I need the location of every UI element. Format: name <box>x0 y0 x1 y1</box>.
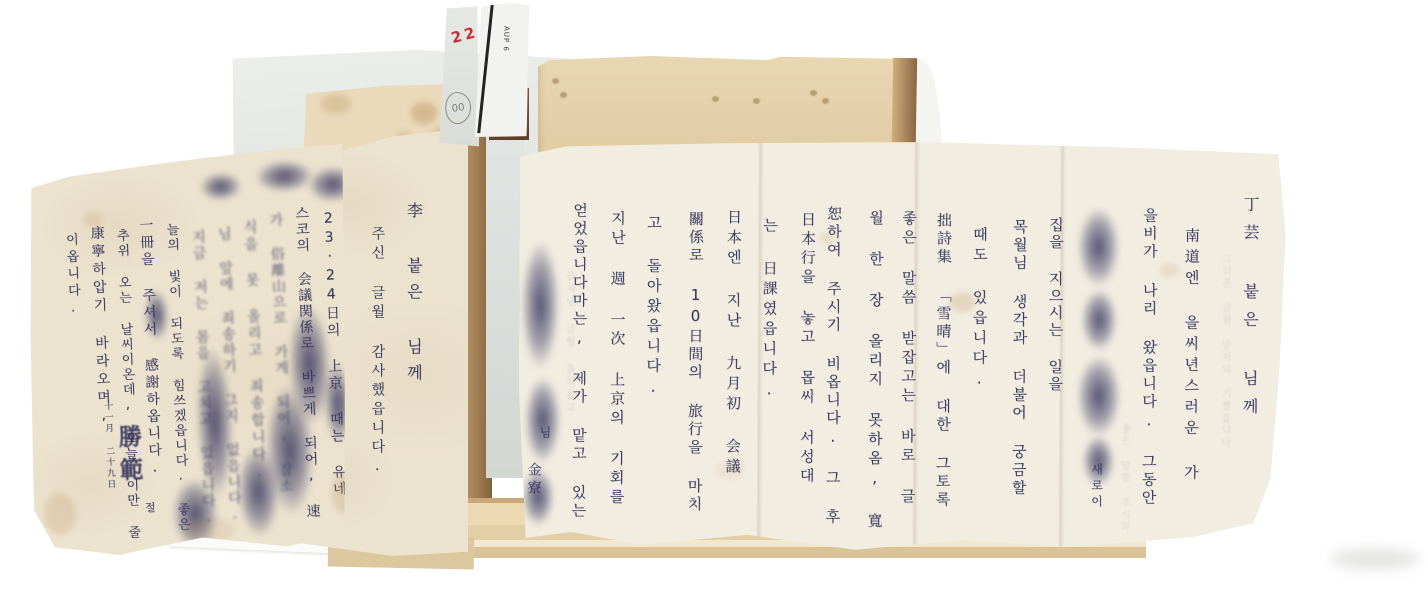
paper-stain <box>1159 263 1179 277</box>
ink-blot <box>199 172 242 202</box>
ink-blot <box>522 468 554 526</box>
letter-column: 주신 글월 감사했읍니다. <box>370 226 384 479</box>
letter-column: 南道엔 을씨년스러운 가 <box>1182 227 1199 485</box>
letter-column: 때도 있읍니다. <box>971 226 987 392</box>
ink-blot <box>1077 207 1119 287</box>
letter-column: 식을 못 올리고 죄송합니다. <box>242 219 266 482</box>
paper-crease <box>1058 143 1067 551</box>
ghost-column: 그리운 글월 받자와 기뻤읍니다 <box>1218 254 1229 449</box>
letter-column: 恕하여 주시기 비옵니다. 그 후 <box>824 206 841 527</box>
letter-signature: 勝範 <box>115 424 141 491</box>
ink-blot <box>521 240 560 370</box>
letter-column: 이옵니다. <box>63 232 80 319</box>
ghost-column: 을지난 글월 올리옵고 <box>563 270 574 415</box>
binding-cord <box>477 4 493 134</box>
paper-stain <box>321 94 351 114</box>
paper-crease <box>756 141 765 549</box>
paper-stain <box>411 102 437 124</box>
side-tab[interactable]: AUP 6 <box>475 1 532 139</box>
paper-stain <box>714 461 744 479</box>
ink-blot <box>1081 289 1117 351</box>
letter-column: 康寧하압기 바라오며, <box>89 225 111 427</box>
letter-greeting: 李 붙은 님께 <box>405 202 421 390</box>
letter-column: 지난 週 一次 上京의 기회를 <box>608 210 625 507</box>
pencil-circle-text: 00 <box>451 102 465 115</box>
cover-dot <box>822 98 829 104</box>
photo-scene: 李 붙은 님께주신 글월 감사했읍니다. 23·24日의 上京 때는 유네스코의… <box>0 0 1428 597</box>
letter-column: 日本行을 놓고 몹씨 서성대 <box>798 211 815 486</box>
side-tab-label: AUP 6 <box>502 26 511 52</box>
letter-page-left: 23·24日의 上京 때는 유네스코의 会議関係로 바쁘게 되어, 速가 俗離山… <box>20 144 357 558</box>
paper-shadow <box>1330 548 1420 570</box>
letter-column: 拙詩集 「雪晴」에 대한 그토록 <box>934 212 951 509</box>
bookmark-strip <box>486 122 524 478</box>
letter-column: 을비가 나리 왔읍니다. 그동안 <box>1140 207 1157 507</box>
tab-number: 22 <box>449 23 480 47</box>
letter-column: 고 돌아왔읍니다. <box>645 215 661 401</box>
letter-column: 목월님 생각과 더불어 궁금할 <box>1010 219 1027 498</box>
cover-dot <box>712 96 719 102</box>
cover-dot <box>810 90 817 96</box>
letter-greeting: 丁芸 붙은 님께 <box>1241 196 1259 426</box>
ink-blot <box>255 159 314 193</box>
letter-signature-bow: 절 <box>144 501 156 512</box>
ink-blot <box>1077 355 1121 437</box>
letter-column: 日本엔 지난 九月初 会議 <box>724 209 741 478</box>
letter-date: 十一月 二十九日 <box>102 401 115 490</box>
paper-crease <box>912 142 921 550</box>
paper-stain <box>43 492 77 535</box>
paper-stain <box>820 232 836 244</box>
cover-dot <box>560 92 567 98</box>
ink-blot <box>524 376 560 464</box>
ghost-column: 좋은 말씀 주시와 <box>1118 423 1129 533</box>
letter-column: 關係로 10日間의 旅行을 마치 <box>686 211 703 514</box>
ink-blot <box>1082 435 1114 487</box>
cover-dot <box>552 78 559 84</box>
pencil-circle: 00 <box>443 90 473 125</box>
letter-page-right: 丁芸 붙은 님께南道엔 을씨년스러운 가을비가 나리 왔읍니다. 그동안새로이집… <box>518 140 1286 552</box>
paper-stain <box>949 292 975 312</box>
letter-column: 一冊을 주셔서 感謝하옵니다. <box>138 217 162 478</box>
cover-dot <box>753 98 760 104</box>
letter-column: 월 한 장 올리지 못하옴, 寬 <box>866 210 883 532</box>
letter-column: 추위 오는 날씨이온데, 오늘 이만 줄 <box>114 228 139 540</box>
